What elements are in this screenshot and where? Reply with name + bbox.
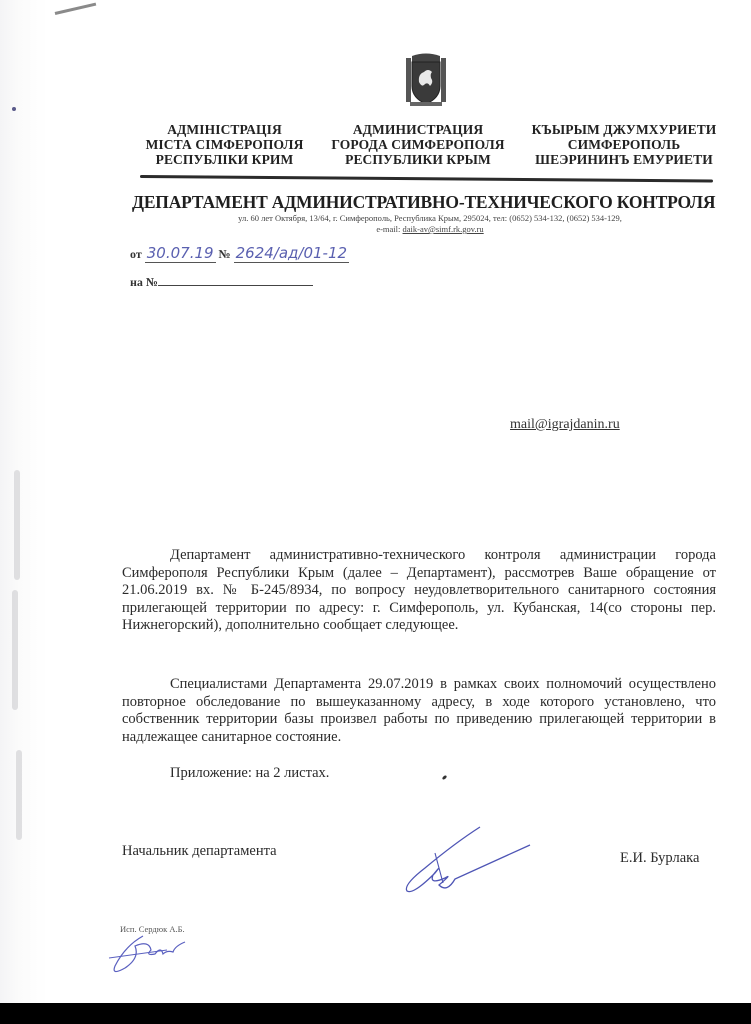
body-paragraph-2: Специалистами Департамента 29.07.2019 в … (122, 676, 716, 746)
header-divider (140, 175, 713, 183)
department-email-line: e-mail: daik-av@simf.rk.gov.ru (200, 224, 660, 234)
executor-signature-icon (105, 928, 195, 978)
department-address: ул. 60 лет Октября, 13/64, г. Симферопол… (200, 213, 660, 223)
header-crimean-tatar: КЪЫРЫМ ДЖУМХУРИЕТИ СИМФЕРОПОЛЬ ШЕЭРИНИНЪ… (528, 122, 720, 167)
outgoing-number: 2624/ад/01-12 (234, 244, 349, 263)
email-label: e-mail: (376, 224, 400, 234)
scan-scratch-mark (55, 3, 97, 15)
reply-reference: на № (130, 275, 313, 290)
department-email[interactable]: daik-av@simf.rk.gov.ru (403, 224, 484, 234)
scan-smudge (14, 470, 20, 580)
recipient-email[interactable]: mail@igrajdanin.ru (510, 417, 620, 433)
paragraph-text: Департамент административно-технического… (122, 547, 716, 635)
reply-label: на № (130, 275, 158, 289)
header-line: ШЕЭРИНИНЪ ЕМУРИЕТИ (528, 152, 720, 167)
header-russian: АДМИНИСТРАЦИЯ ГОРОДА СИМФЕРОПОЛЯ РЕСПУБЛ… (328, 122, 508, 167)
header-line: АДМІНІСТРАЦІЯ (137, 122, 312, 137)
signatory-position: Начальник департамента (122, 843, 277, 860)
from-label: от (130, 247, 142, 261)
header-line: МІСТА СІМФЕРОПОЛЯ (137, 137, 312, 152)
signatory-name: Е.И. Бурлака (620, 850, 699, 867)
scan-edge-shadow (0, 0, 48, 1003)
body-paragraph-1: Департамент административно-технического… (122, 547, 716, 635)
handwritten-signature-icon (395, 823, 535, 898)
reply-number-blank (158, 275, 313, 286)
header-line: КЪЫРЫМ ДЖУМХУРИЕТИ (528, 122, 720, 137)
header-ukrainian: АДМІНІСТРАЦІЯ МІСТА СІМФЕРОПОЛЯ РЕСПУБЛІ… (137, 122, 312, 167)
header-line: АДМИНИСТРАЦИЯ (328, 122, 508, 137)
scan-bottom-border (0, 1003, 751, 1024)
header-line: РЕСПУБЛІКИ КРИМ (137, 152, 312, 167)
header-line: СИМФЕРОПОЛЬ (528, 137, 720, 152)
attachment-note: Приложение: на 2 листах. (170, 765, 329, 782)
ink-dot (12, 107, 16, 111)
coat-of-arms-icon (404, 52, 448, 108)
outgoing-date: 30.07.19 (145, 244, 216, 263)
outgoing-reference: от 30.07.19 № 2624/ад/01-12 (130, 244, 349, 262)
paragraph-text: Специалистами Департамента 29.07.2019 в … (122, 676, 716, 746)
header-line: РЕСПУБЛИКИ КРЫМ (328, 152, 508, 167)
scan-smudge (12, 590, 18, 710)
header-line: ГОРОДА СИМФЕРОПОЛЯ (328, 137, 508, 152)
number-label: № (219, 247, 231, 261)
scan-smudge (16, 750, 22, 840)
department-title: ДЕПАРТАМЕНТ АДМИНИСТРАТИВНО-ТЕХНИЧЕСКОГО… (132, 192, 722, 213)
ink-mark (442, 775, 448, 781)
